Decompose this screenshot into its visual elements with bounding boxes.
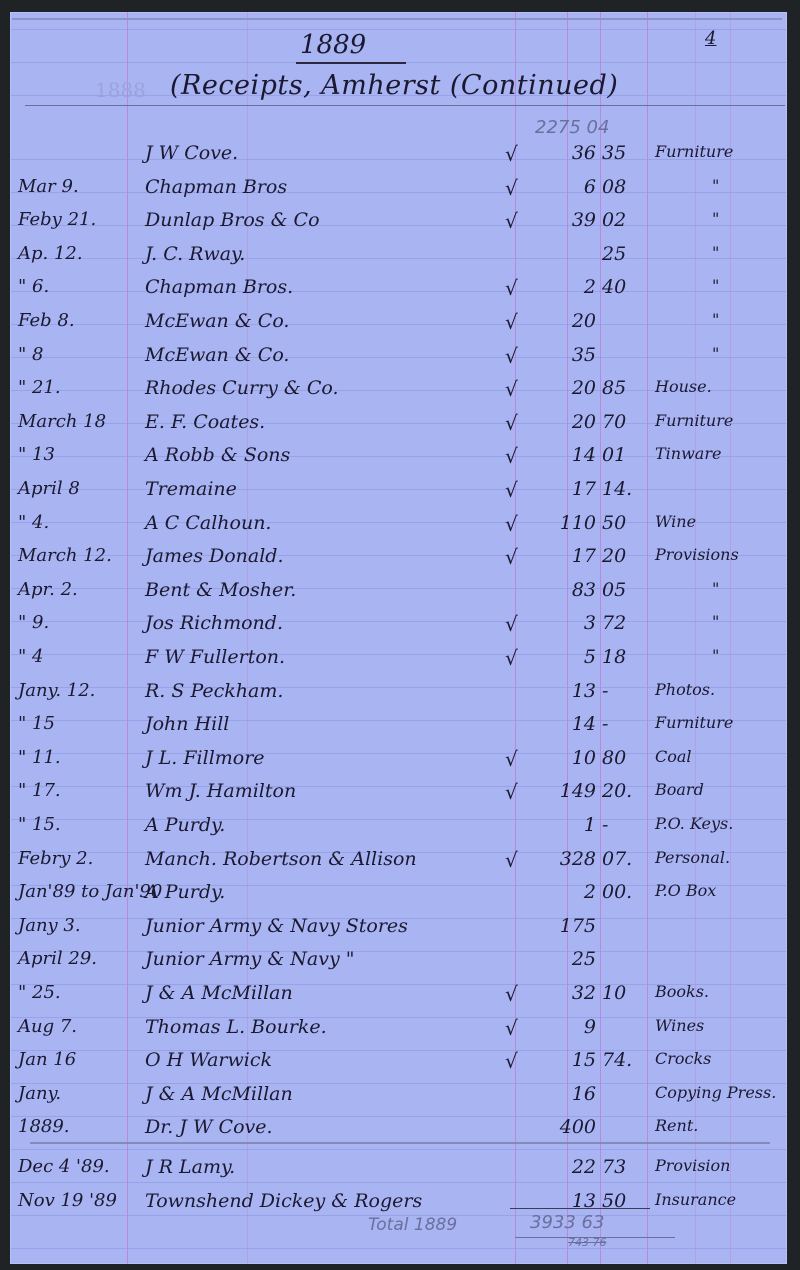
check-mark-icon: √ — [505, 780, 518, 804]
ledger-row: Mar 9.Chapman Bros√608" — [0, 176, 800, 210]
entry-date: Feby 21. — [18, 209, 128, 230]
entry-cents: 14. — [602, 478, 632, 500]
entry-payee: Manch. Robertson & Allison — [145, 848, 495, 870]
ledger-row: " 11.J L. Fillmore√1080Coal — [0, 747, 800, 781]
entry-payee: O H Warwick — [145, 1049, 495, 1071]
entry-category: " — [712, 646, 800, 665]
ledger-row: Jany 3.Junior Army & Navy Stores175 — [0, 915, 800, 949]
ledger-row: Dec 4 '89.J R Lamy.2273Provision — [0, 1156, 800, 1190]
entry-dollars: 25 — [572, 948, 596, 970]
entry-category: Board — [655, 780, 780, 799]
entry-category: Rent. — [655, 1116, 780, 1135]
entry-category: Furniture — [655, 142, 780, 161]
entry-cents: 01 — [602, 444, 626, 466]
ledger-row: March 12.James Donald.√1720Provisions — [0, 545, 800, 579]
entry-category: Wine — [655, 512, 780, 531]
entry-date: " 25. — [18, 982, 128, 1003]
entry-dollars: 149 — [560, 780, 596, 802]
ledger-row: Apr. 2.Bent & Mosher.8305" — [0, 579, 800, 613]
header-rule — [25, 105, 785, 106]
entry-payee: E. F. Coates. — [145, 411, 495, 433]
entry-cents: 20. — [602, 780, 632, 802]
entry-dollars: 20 — [572, 411, 596, 433]
entry-dollars: 14 — [572, 713, 596, 735]
header-year: 1889 — [300, 30, 366, 60]
ledger-row: 1889.Dr. J W Cove.400Rent. — [0, 1116, 800, 1150]
ledger-row: " 6.Chapman Bros.√240" — [0, 276, 800, 310]
entry-cents: 80 — [602, 747, 626, 769]
check-mark-icon: √ — [505, 982, 518, 1006]
entry-category: Furniture — [655, 411, 780, 430]
ledger-row: " 9.Jos Richmond.√372" — [0, 612, 800, 646]
entry-payee: J R Lamy. — [145, 1156, 495, 1178]
entry-payee: J L. Fillmore — [145, 747, 495, 769]
entry-date: April 29. — [18, 948, 128, 969]
entry-date: Ap. 12. — [18, 243, 128, 264]
entry-date: April 8 — [18, 478, 128, 499]
ledger-row: " 25.J & A McMillan√3210Books. — [0, 982, 800, 1016]
entry-cents: 05 — [602, 579, 626, 601]
check-mark-icon: √ — [505, 310, 518, 334]
ledger-row: Jany. 12.R. S Peckham.13-Photos. — [0, 680, 800, 714]
check-mark-icon: √ — [505, 411, 518, 435]
ledger-row: Aug 7.Thomas L. Bourke.√9Wines — [0, 1016, 800, 1050]
entry-dollars: 20 — [572, 377, 596, 399]
entry-payee: Dunlap Bros & Co — [145, 209, 495, 231]
entry-cents: 02 — [602, 209, 626, 231]
entry-payee: J W Cove. — [145, 142, 495, 164]
check-mark-icon: √ — [505, 545, 518, 569]
entry-date: " 21. — [18, 377, 128, 398]
entry-date: " 17. — [18, 780, 128, 801]
entry-cents: 08 — [602, 176, 626, 198]
entry-dollars: 328 — [560, 848, 596, 870]
entry-date: Apr. 2. — [18, 579, 128, 600]
entry-cents: 25 — [602, 243, 626, 265]
page-title: (Receipts, Amherst (Continued) — [170, 70, 618, 101]
entry-payee: Junior Army & Navy Stores — [145, 915, 495, 937]
entry-date: Aug 7. — [18, 1016, 128, 1037]
ledger-row: " 4F W Fullerton.√518" — [0, 646, 800, 680]
entry-category: " — [712, 243, 800, 262]
entry-payee: Dr. J W Cove. — [145, 1116, 495, 1138]
entry-payee: A Robb & Sons — [145, 444, 495, 466]
entry-payee: Townshend Dickey & Rogers — [145, 1190, 495, 1212]
entry-dollars: 22 — [572, 1156, 596, 1178]
entry-category: P.O Box — [655, 881, 780, 900]
entry-date: Feb 8. — [18, 310, 128, 331]
entry-category: " — [712, 310, 800, 329]
entry-date: " 13 — [18, 444, 128, 465]
entry-dollars: 1 — [584, 814, 596, 836]
check-mark-icon: √ — [505, 612, 518, 636]
entry-date: " 4 — [18, 646, 128, 667]
page-number: 4 — [705, 28, 716, 49]
ledger-row: " 8McEwan & Co.√35" — [0, 344, 800, 378]
check-mark-icon: √ — [505, 444, 518, 468]
entry-dollars: 2 — [584, 881, 596, 903]
entry-date: Febry 2. — [18, 848, 128, 869]
entry-cents: - — [602, 680, 608, 702]
entry-dollars: 5 — [584, 646, 596, 668]
check-mark-icon: √ — [505, 344, 518, 368]
ledger-row: " 13A Robb & Sons√1401Tinware — [0, 444, 800, 478]
entry-payee: McEwan & Co. — [145, 310, 495, 332]
entry-category: " — [712, 344, 800, 363]
entry-cents: 73 — [602, 1156, 626, 1178]
entry-cents: 10 — [602, 982, 626, 1004]
check-mark-icon: √ — [505, 1049, 518, 1073]
entry-category: Insurance — [655, 1190, 780, 1209]
entry-dollars: 17 — [572, 478, 596, 500]
entry-dollars: 10 — [572, 747, 596, 769]
entry-category: P.O. Keys. — [655, 814, 780, 833]
entry-cents: 85 — [602, 377, 626, 399]
entry-dollars: 2 — [584, 276, 596, 298]
ledger-row: April 8Tremaine√1714. — [0, 478, 800, 512]
page-top-edge — [12, 18, 782, 20]
entry-category: " — [712, 276, 800, 295]
check-mark-icon: √ — [505, 1016, 518, 1040]
entry-date: March 18 — [18, 411, 128, 432]
ledger-row: " 21.Rhodes Curry & Co.√2085House. — [0, 377, 800, 411]
header-year-underline — [296, 62, 406, 64]
entry-payee: J. C. Rway. — [145, 243, 495, 265]
entry-dollars: 20 — [572, 310, 596, 332]
check-mark-icon: √ — [505, 646, 518, 670]
entry-dollars: 3 — [584, 612, 596, 634]
entry-dollars: 9 — [584, 1016, 596, 1038]
total-value: 3933 63 — [530, 1212, 604, 1233]
entry-payee: Wm J. Hamilton — [145, 780, 495, 802]
entry-dollars: 36 — [572, 142, 596, 164]
entry-payee: Chapman Bros. — [145, 276, 495, 298]
year-divider-line — [30, 1142, 770, 1144]
entry-cents: 70 — [602, 411, 626, 433]
struck-total: 743 76 — [568, 1236, 607, 1249]
entry-cents: - — [602, 713, 608, 735]
entry-date: 1889. — [18, 1116, 128, 1137]
check-mark-icon: √ — [505, 142, 518, 166]
ledger-row: " 15.A Purdy.1-P.O. Keys. — [0, 814, 800, 848]
entry-payee: A Purdy. — [145, 881, 495, 903]
entry-date: Jany. — [18, 1083, 128, 1104]
entry-category: Wines — [655, 1016, 780, 1035]
check-mark-icon: √ — [505, 512, 518, 536]
entry-date: March 12. — [18, 545, 128, 566]
entry-category: Furniture — [655, 713, 780, 732]
entry-dollars: 16 — [572, 1083, 596, 1105]
check-mark-icon: √ — [505, 377, 518, 401]
entry-category: Provision — [655, 1156, 780, 1175]
entry-category: Coal — [655, 747, 780, 766]
entry-dollars: 175 — [560, 915, 596, 937]
ghost-year: 1888 — [95, 78, 146, 102]
entry-date: Jany 3. — [18, 915, 128, 936]
entry-payee: Tremaine — [145, 478, 495, 500]
entry-date: Nov 19 '89 — [18, 1190, 128, 1211]
entry-cents: 00. — [602, 881, 632, 903]
check-mark-icon: √ — [505, 848, 518, 872]
entry-category: " — [712, 612, 800, 631]
entry-payee: Rhodes Curry & Co. — [145, 377, 495, 399]
ledger-row: Feby 21.Dunlap Bros & Co√3902" — [0, 209, 800, 243]
entry-cents: 07. — [602, 848, 632, 870]
check-mark-icon: √ — [505, 276, 518, 300]
entry-dollars: 400 — [560, 1116, 596, 1138]
entry-date: " 15. — [18, 814, 128, 835]
entry-payee: John Hill — [145, 713, 495, 735]
ledger-row: J W Cove.√3635Furniture — [0, 142, 800, 176]
ledger-row: April 29.Junior Army & Navy "25 — [0, 948, 800, 982]
ledger-row: Jany.J & A McMillan16Copying Press. — [0, 1083, 800, 1117]
ledger-row: Feb 8.McEwan & Co.√20" — [0, 310, 800, 344]
entry-cents: 35 — [602, 142, 626, 164]
entry-payee: R. S Peckham. — [145, 680, 495, 702]
total-label: Total 1889 — [368, 1215, 457, 1235]
entry-date: " 9. — [18, 612, 128, 633]
entry-date: " 11. — [18, 747, 128, 768]
entry-date: " 8 — [18, 344, 128, 365]
entry-cents: 74. — [602, 1049, 632, 1071]
entry-category: Provisions — [655, 545, 780, 564]
entry-date: Jan 16 — [18, 1049, 128, 1070]
entry-dollars: 83 — [572, 579, 596, 601]
entry-date: " 6. — [18, 276, 128, 297]
entry-payee: McEwan & Co. — [145, 344, 495, 366]
entry-payee: A Purdy. — [145, 814, 495, 836]
check-mark-icon: √ — [505, 176, 518, 200]
entry-dollars: 32 — [572, 982, 596, 1004]
entry-payee: J & A McMillan — [145, 1083, 495, 1105]
entry-payee: James Donald. — [145, 545, 495, 567]
entry-date: " 15 — [18, 713, 128, 734]
entry-dollars: 39 — [572, 209, 596, 231]
entry-category: Photos. — [655, 680, 780, 699]
entry-date: " 4. — [18, 512, 128, 533]
entry-payee: F W Fullerton. — [145, 646, 495, 668]
entry-cents: 20 — [602, 545, 626, 567]
entry-dollars: 110 — [560, 512, 596, 534]
entry-category: Books. — [655, 982, 780, 1001]
ledger-row: Febry 2.Manch. Robertson & Allison√32807… — [0, 848, 800, 882]
entry-dollars: 35 — [572, 344, 596, 366]
entry-payee: A C Calhoun. — [145, 512, 495, 534]
entry-category: " — [712, 579, 800, 598]
ledger-row: Ap. 12.J. C. Rway.25" — [0, 243, 800, 277]
entry-dollars: 15 — [572, 1049, 596, 1071]
entry-cents: 18 — [602, 646, 626, 668]
total-rule — [510, 1208, 650, 1209]
entry-payee: J & A McMillan — [145, 982, 495, 1004]
ledger-row: " 15John Hill14-Furniture — [0, 713, 800, 747]
entry-payee: Bent & Mosher. — [145, 579, 495, 601]
ledger-row: Jan 16O H Warwick√1574.Crocks — [0, 1049, 800, 1083]
entry-category: " — [712, 176, 800, 195]
entry-payee: Chapman Bros — [145, 176, 495, 198]
entry-category: Crocks — [655, 1049, 780, 1068]
ledger-row: March 18E. F. Coates.√2070Furniture — [0, 411, 800, 445]
entry-dollars: 6 — [584, 176, 596, 198]
ledger-row: Jan'89 to Jan'90A Purdy.200.P.O Box — [0, 881, 800, 915]
entry-cents: 40 — [602, 276, 626, 298]
entry-category: Tinware — [655, 444, 780, 463]
check-mark-icon: √ — [505, 478, 518, 502]
entry-category: Copying Press. — [655, 1083, 780, 1102]
entry-date: Mar 9. — [18, 176, 128, 197]
entry-date: Jan'89 to Jan'90 — [18, 881, 128, 902]
entry-cents: - — [602, 814, 608, 836]
ledger-row: " 4.A C Calhoun.√11050Wine — [0, 512, 800, 546]
entry-dollars: 14 — [572, 444, 596, 466]
check-mark-icon: √ — [505, 747, 518, 771]
carried-forward-amount: 2275 04 — [535, 117, 609, 138]
entry-payee: Junior Army & Navy " — [145, 948, 495, 970]
check-mark-icon: √ — [505, 209, 518, 233]
entry-payee: Thomas L. Bourke. — [145, 1016, 495, 1038]
entry-date: Dec 4 '89. — [18, 1156, 128, 1177]
entry-date: Jany. 12. — [18, 680, 128, 701]
entry-cents: 72 — [602, 612, 626, 634]
entry-dollars: 17 — [572, 545, 596, 567]
entry-category: Personal. — [655, 848, 780, 867]
entry-category: " — [712, 209, 800, 228]
entry-cents: 50 — [602, 512, 626, 534]
entry-category: House. — [655, 377, 780, 396]
entry-payee: Jos Richmond. — [145, 612, 495, 634]
ledger-row: " 17.Wm J. Hamilton√14920.Board — [0, 780, 800, 814]
entry-dollars: 13 — [572, 680, 596, 702]
